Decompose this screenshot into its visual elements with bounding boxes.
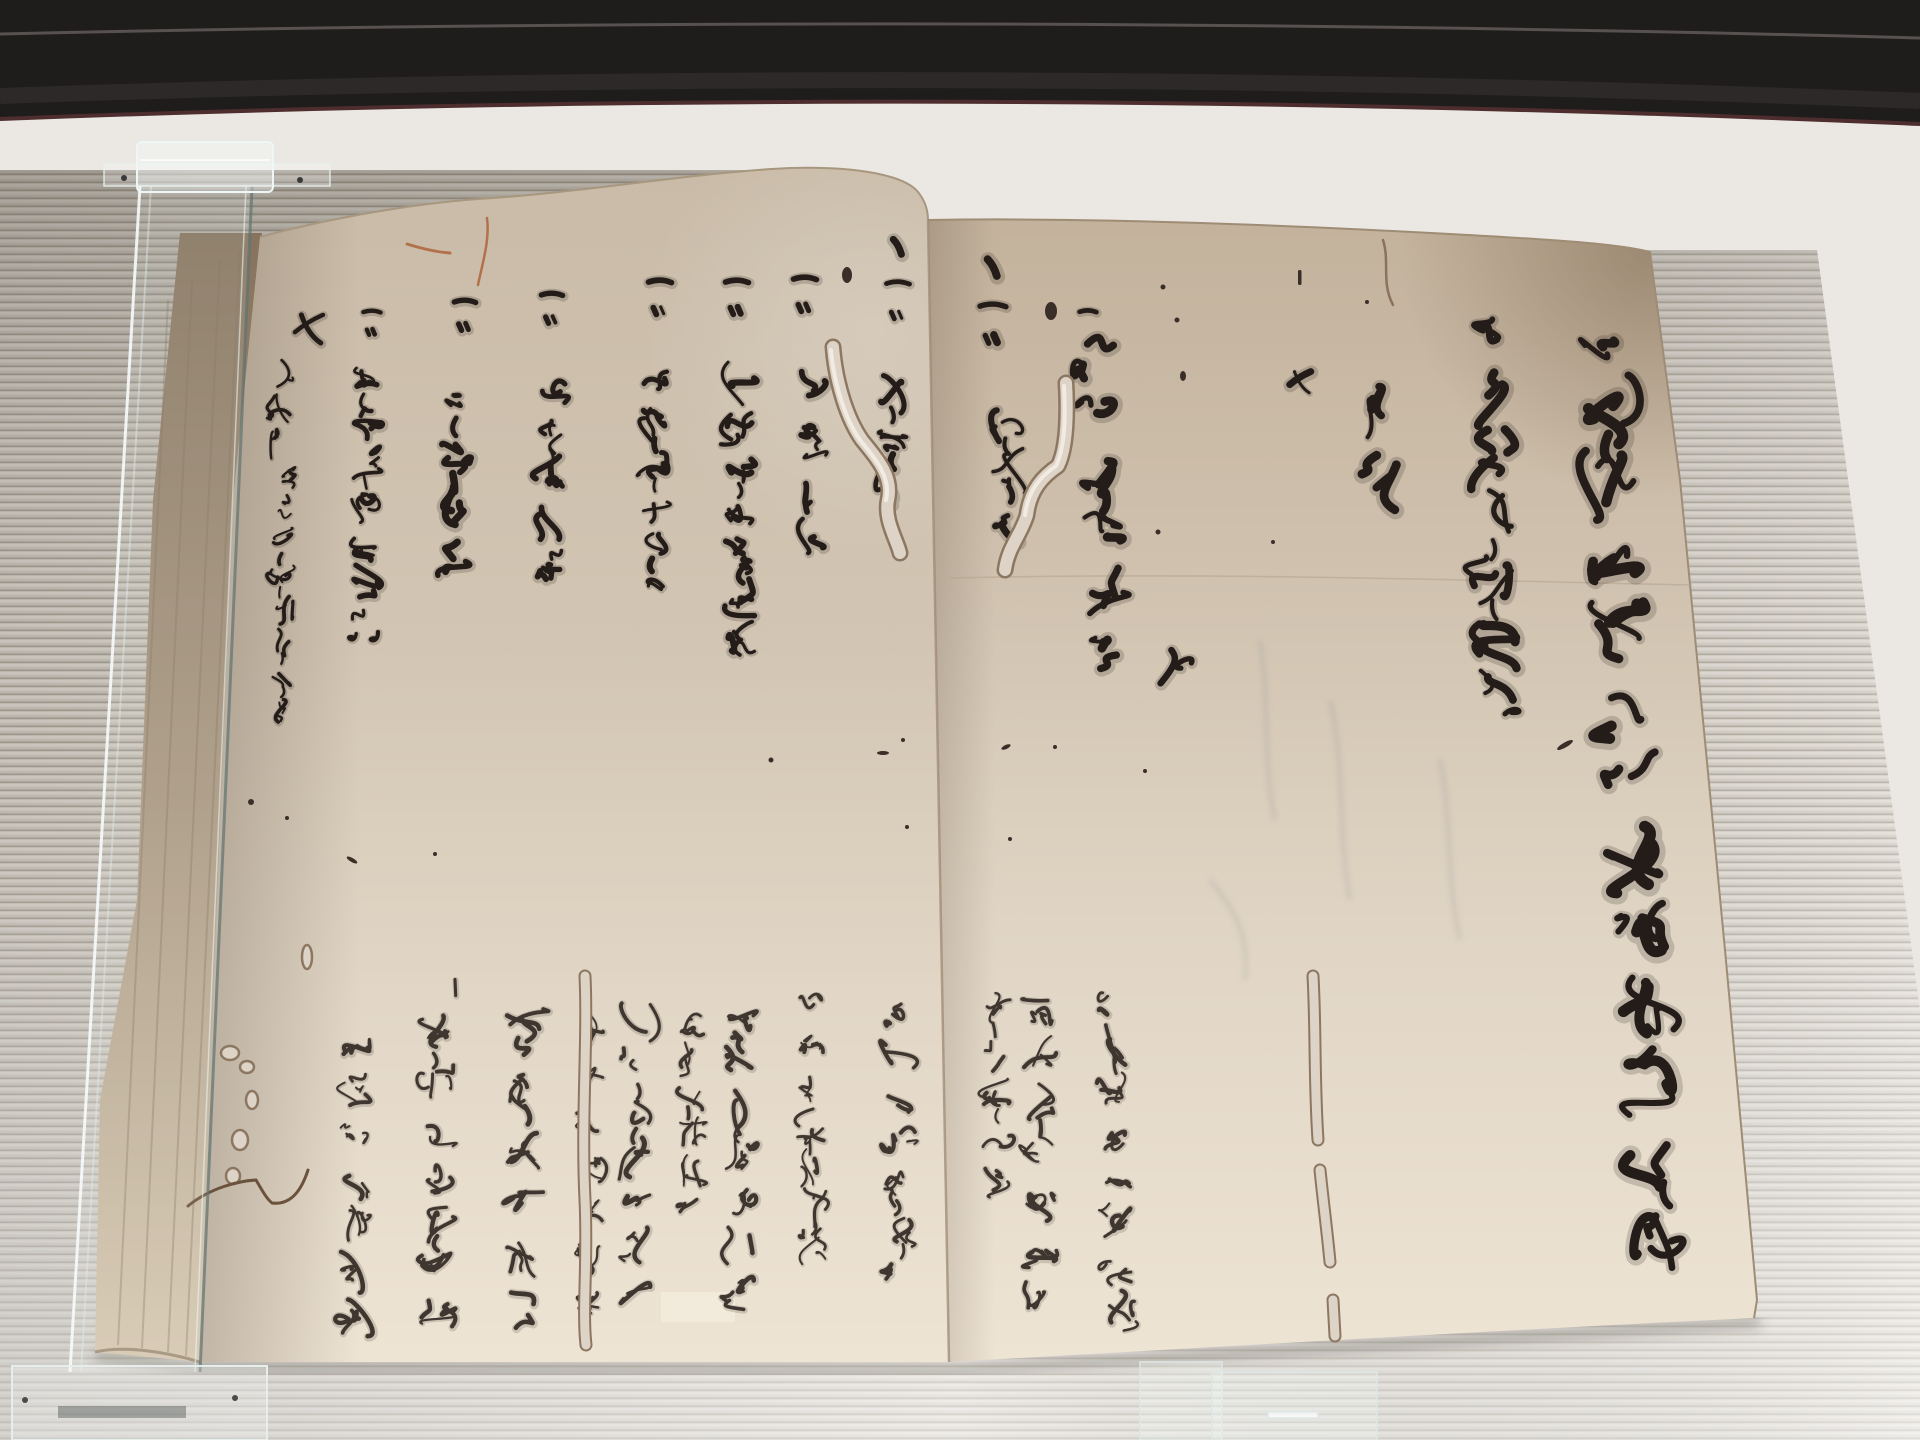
acrylic-upright-bar <box>70 186 252 1372</box>
acrylic-book-stand <box>0 0 1920 1440</box>
screw-icon <box>121 175 127 181</box>
acrylic-top-cap <box>104 142 330 192</box>
screw-icon <box>297 177 303 183</box>
acrylic-base <box>12 1366 267 1440</box>
acrylic-page-clips <box>1140 1362 1377 1440</box>
screw-icon <box>232 1395 238 1401</box>
screw-icon <box>22 1397 28 1403</box>
